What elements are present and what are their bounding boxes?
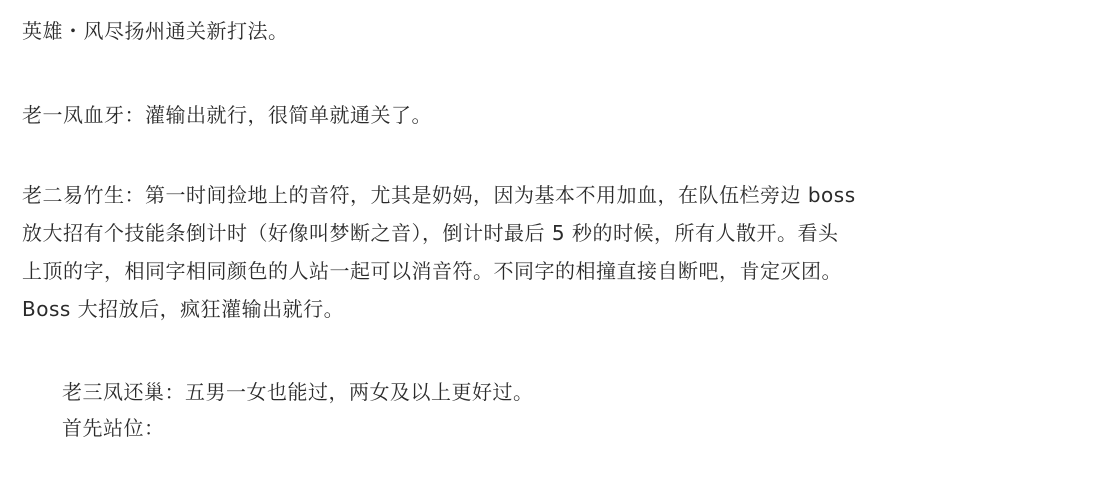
paragraph-line: Boss 大招放后，疯狂灌输出就行。 (22, 295, 344, 323)
paragraph-line: 首先站位： (62, 414, 165, 442)
paragraph-line: 老三凤还巢：五男一女也能过，两女及以上更好过。 (62, 378, 534, 406)
paragraph-line: 老二易竹生：第一时间捡地上的音符，尤其是奶妈，因为基本不用加血，在队伍栏旁边 b… (22, 181, 856, 209)
document-title: 英雄・风尽扬州通关新打法。 (22, 17, 289, 45)
paragraph-line: 放大招有个技能条倒计时（好像叫梦断之音），倒计时最后 5 秒的时候，所有人散开。… (22, 219, 838, 247)
paragraph-line: 上顶的字，相同字相同颜色的人站一起可以消音符。不同字的相撞直接自断吧，肯定灭团。 (22, 257, 842, 285)
paragraph-boss-one: 老一凤血牙：灌输出就行，很简单就通关了。 (22, 101, 432, 129)
